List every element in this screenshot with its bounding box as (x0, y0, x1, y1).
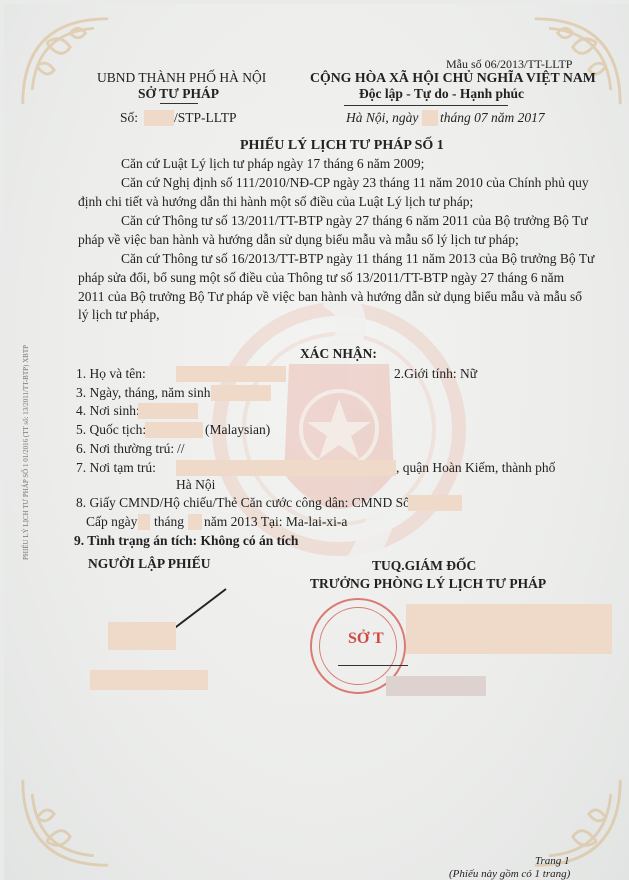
redacted-dob (211, 385, 271, 401)
redacted-temporary-address (176, 460, 396, 476)
field-issued-c: năm 2013 Tại: Ma-lai-xi-a (204, 514, 347, 530)
redacted-day (422, 110, 438, 126)
corner-ornament (18, 14, 113, 109)
field-nationality-note: (Malaysian) (205, 422, 270, 438)
preamble-line: định chi tiết và hướng dẫn thi hành một … (78, 194, 473, 210)
redacted-name (176, 366, 286, 382)
director-title-2: TRƯỞNG PHÒNG LÝ LỊCH TƯ PHÁP (310, 576, 546, 592)
signature-stroke (170, 585, 230, 635)
corner-ornament (18, 775, 113, 870)
confirm-heading: XÁC NHẬN: (300, 346, 377, 362)
field-issued-b: tháng (154, 514, 184, 530)
field-temporary-line2: Hà Nội (176, 477, 215, 493)
preamble-line: Căn cứ Thông tư số 13/2011/TT-BTP ngày 2… (121, 213, 588, 229)
redacted-preparer-name (90, 670, 208, 690)
document-title: PHIẾU LÝ LỊCH TƯ PHÁP SỐ 1 (240, 138, 444, 154)
director-signature-stroke (338, 665, 408, 666)
preamble-line: pháp về việc ban hành và hướng dẫn sử dụ… (78, 232, 519, 248)
preamble-line: pháp sửa đổi, bổ sung một số điều của Th… (78, 270, 564, 286)
director-title-1: TUQ.GIÁM ĐỐC (372, 558, 476, 574)
preamble-line: lý lịch tư pháp, (78, 307, 160, 323)
field-permanent-label: 6. Nơi thường trú: (76, 441, 174, 457)
redacted-director-signature (406, 604, 612, 654)
field-temporary-tail: , quận Hoàn Kiếm, thành phố (396, 460, 555, 476)
redacted-director-name (386, 676, 486, 696)
field-permanent-value: // (177, 441, 185, 457)
doc-number-prefix: Số: (120, 110, 138, 126)
agency-name: SỞ TƯ PHÁP (138, 86, 219, 102)
redacted-doc-number (144, 110, 174, 126)
motto: Độc lập - Tự do - Hạnh phúc (359, 86, 524, 102)
field-birthplace-label: 4. Nơi sinh: (76, 403, 140, 419)
date-suffix: tháng 07 năm 2017 (440, 110, 545, 126)
page-count-note: (Phiếu này gồm có 1 trang) (449, 866, 570, 880)
field-temporary-label: 7. Nơi tạm trú: (76, 460, 156, 476)
redacted-issue-month (188, 514, 202, 530)
seal-text: SỞ T (348, 630, 384, 648)
field-nationality-label: 5. Quốc tịch: (76, 422, 146, 438)
field-record-status: 9. Tình trạng án tích: Không có án tích (74, 533, 298, 549)
side-note: PHIẾU LÝ LỊCH TƯ PHÁP SỐ 1 01/2016 (TT s… (22, 345, 30, 560)
redacted-issue-day (138, 514, 150, 530)
field-name-label: 1. Họ và tên: (76, 366, 146, 382)
field-dob-label: 3. Ngày, tháng, năm sinh: (76, 385, 214, 401)
nation-title: CỘNG HÒA XÃ HỘI CHỦ NGHĨA VIỆT NAM (310, 70, 596, 86)
preamble-line: Căn cứ Thông tư số 16/2013/TT-BTP ngày 1… (121, 251, 594, 267)
preparer-title: NGƯỜI LẬP PHIẾU (88, 556, 211, 572)
redacted-id-number (408, 495, 462, 511)
agency-underline (160, 103, 198, 104)
preamble-line: Căn cứ Luật Lý lịch tư pháp ngày 17 thán… (121, 156, 424, 172)
redacted-nationality (145, 422, 203, 438)
preamble-line: 2011 của Bộ trưởng Bộ Tư pháp về việc ba… (78, 289, 582, 305)
field-issued-a: Cấp ngày (86, 514, 137, 530)
motto-underline (344, 105, 508, 106)
field-id-label: 8. Giấy CMND/Hộ chiếu/Thẻ Căn cước công … (76, 495, 426, 511)
redacted-preparer-signature (108, 622, 176, 650)
date-prefix: Hà Nội, ngày (346, 110, 418, 126)
preamble-line: Căn cứ Nghị định số 111/2010/NĐ-CP ngày … (121, 175, 589, 191)
doc-number-suffix: /STP-LLTP (174, 110, 237, 126)
redacted-birthplace (138, 403, 198, 419)
field-gender: 2.Giới tính: Nữ (394, 366, 477, 382)
agency-parent: UBND THÀNH PHỐ HÀ NỘI (97, 70, 266, 86)
